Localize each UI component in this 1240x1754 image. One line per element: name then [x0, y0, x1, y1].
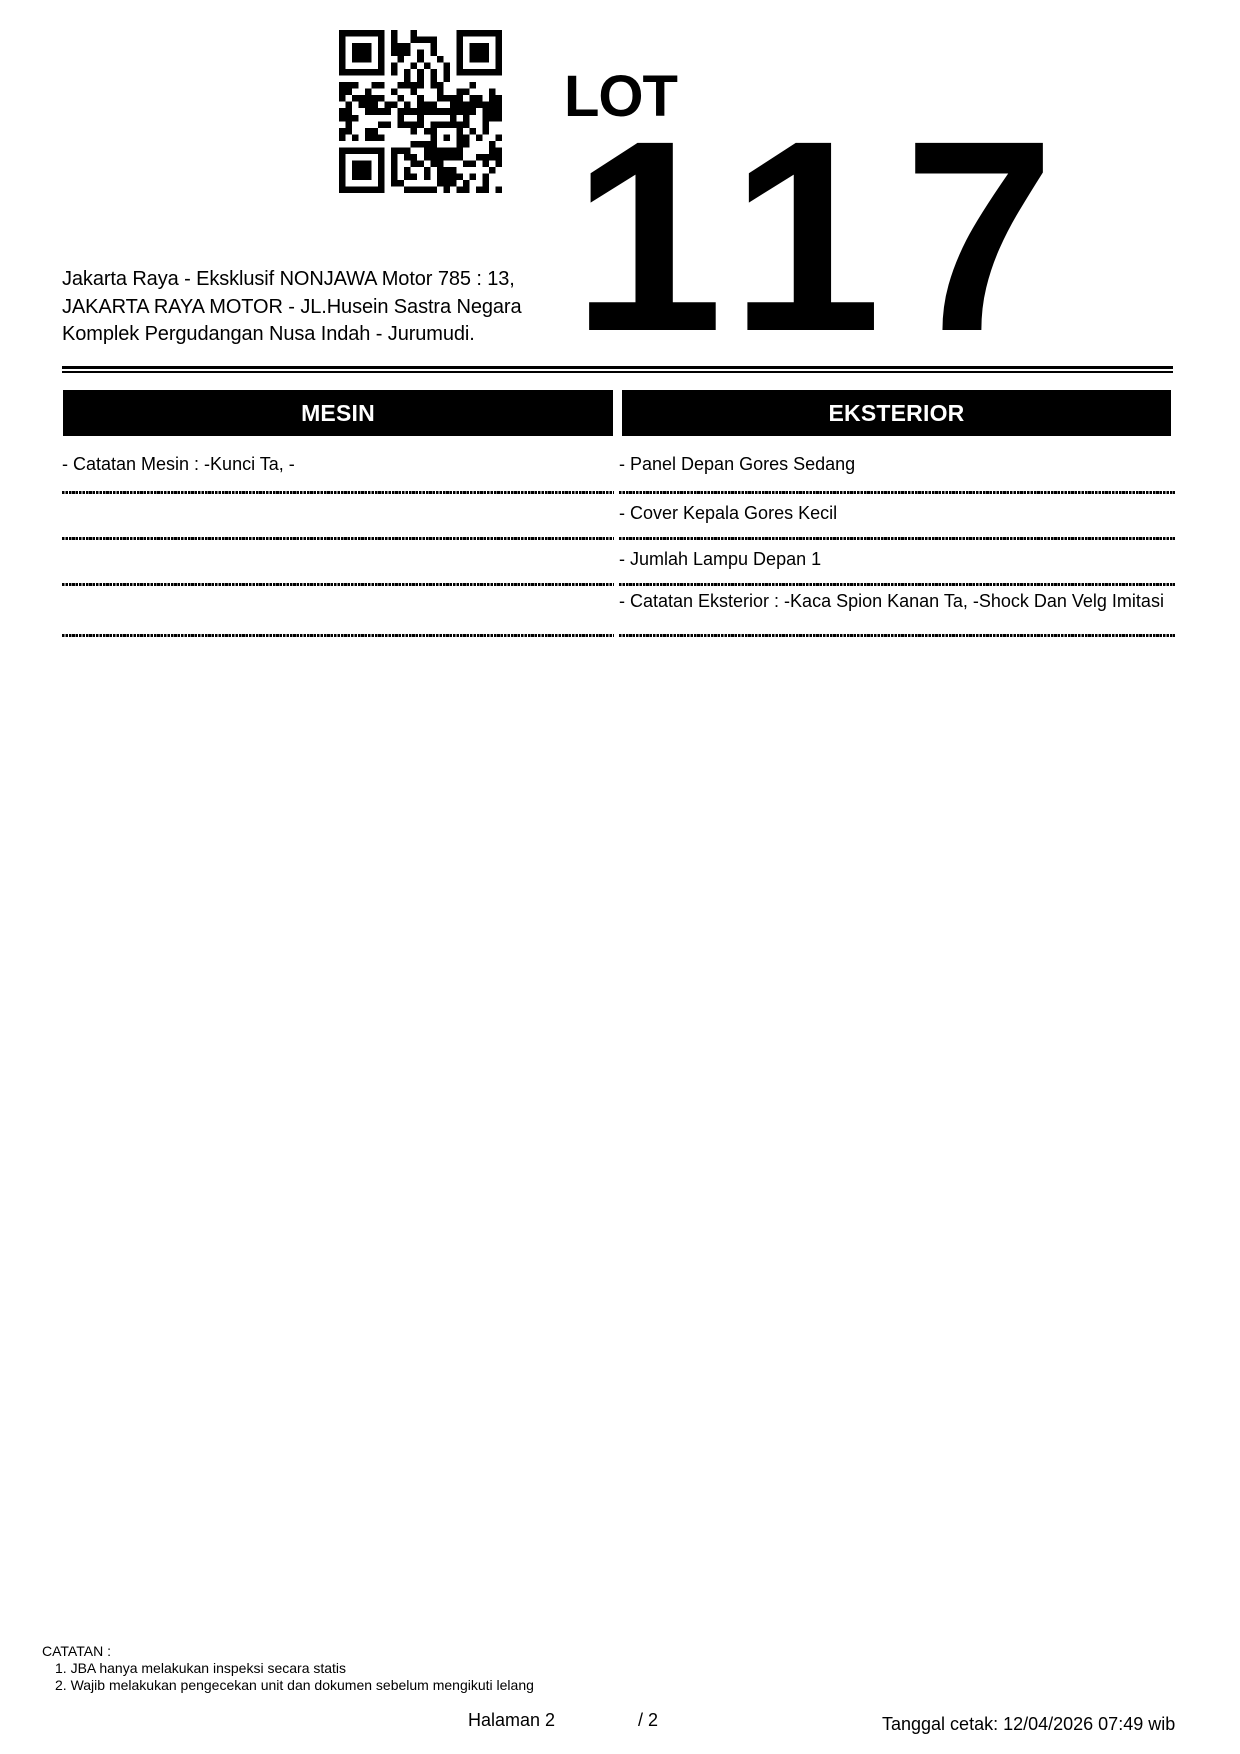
list-item-text: - Panel Depan Gores Sedang [619, 454, 1175, 475]
section-header-eksterior: EKSTERIOR [622, 390, 1171, 436]
list-item-text: - Catatan Mesin : -Kunci Ta, - [62, 454, 614, 475]
notes-title: CATATAN : [42, 1643, 534, 1660]
eksterior-list: - Panel Depan Gores Sedang - Cover Kepal… [619, 445, 1175, 637]
list-item-text: - Cover Kepala Gores Kecil [619, 503, 1175, 524]
section-header-mesin: MESIN [63, 390, 613, 436]
dotted-divider [619, 634, 1175, 637]
dealer-address: Jakarta Raya - Eksklusif NONJAWA Motor 7… [62, 266, 582, 349]
list-item [62, 494, 614, 540]
list-item: - Panel Depan Gores Sedang [619, 445, 1175, 494]
page-label: Halaman 2 [468, 1710, 555, 1731]
lot-number: 117 [572, 100, 1077, 372]
print-date: Tanggal cetak: 12/04/2026 07:49 wib [882, 1714, 1175, 1735]
note-item: 2. Wajib melakukan pengecekan unit dan d… [55, 1677, 534, 1694]
address-line: Jakarta Raya - Eksklusif NONJAWA Motor 7… [62, 266, 582, 294]
list-item [62, 540, 614, 586]
divider [62, 366, 1173, 369]
note-item: 1. JBA hanya melakukan inspeksi secara s… [55, 1660, 534, 1677]
list-item: - Catatan Eksterior : -Kaca Spion Kanan … [619, 586, 1175, 637]
list-item-text [62, 549, 614, 570]
list-item-text [62, 503, 614, 524]
qr-code-icon [339, 30, 502, 193]
notes: CATATAN : 1. JBA hanya melakukan inspeks… [42, 1643, 534, 1694]
dotted-divider [62, 634, 614, 637]
list-item: - Cover Kepala Gores Kecil [619, 494, 1175, 540]
list-item-text: - Jumlah Lampu Depan 1 [619, 549, 1175, 570]
mesin-list: - Catatan Mesin : -Kunci Ta, - [62, 445, 614, 637]
list-item-text [62, 590, 614, 611]
address-line: Komplek Pergudangan Nusa Indah - Jurumud… [62, 321, 582, 349]
list-item-text: - Catatan Eksterior : -Kaca Spion Kanan … [619, 590, 1175, 612]
address-line: JAKARTA RAYA MOTOR - JL.Husein Sastra Ne… [62, 294, 582, 322]
list-item: - Jumlah Lampu Depan 1 [619, 540, 1175, 586]
page-total: / 2 [638, 1710, 658, 1731]
list-item [62, 586, 614, 637]
list-item: - Catatan Mesin : -Kunci Ta, - [62, 445, 614, 494]
divider [62, 371, 1173, 373]
